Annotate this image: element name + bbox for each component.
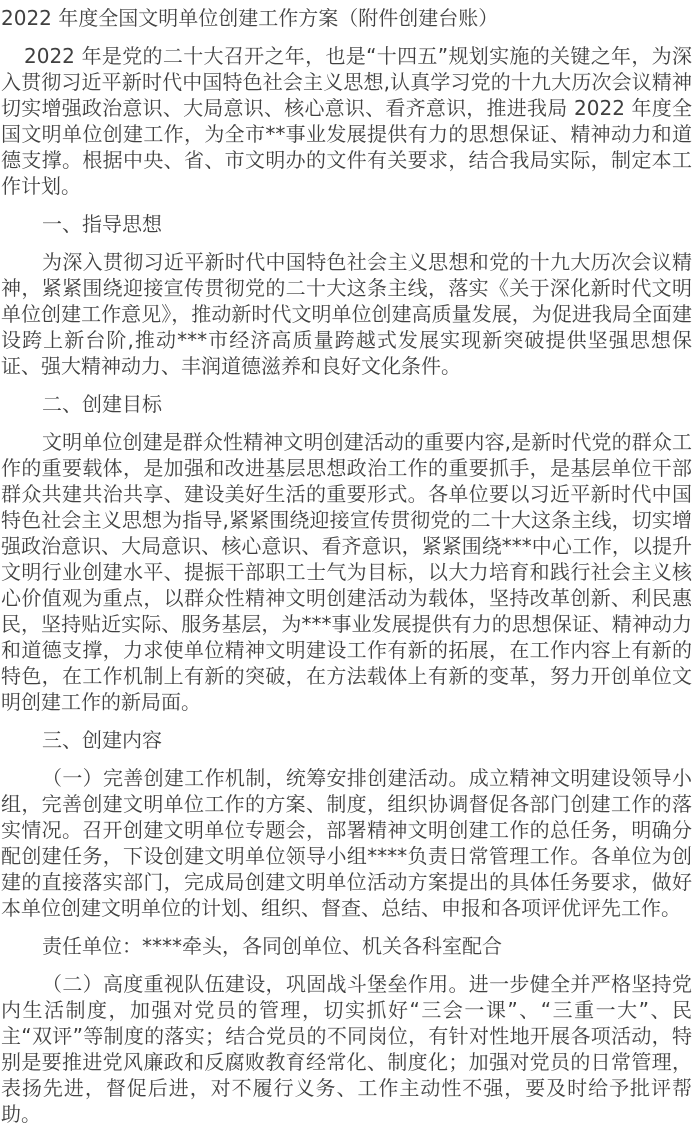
intro-paragraph: 2022 年是党的二十大召开之年，也是“十四五”规划实施的关键之年，为深入贯彻习… [1,43,692,199]
section-1-heading: 一、指导思想 [1,211,692,237]
section-3-heading: 三、创建内容 [1,727,692,753]
section-3-item-2-paragraph: （二）高度重视队伍建设，巩固战斗堡垒作用。进一步健全并严格坚持党内生活制度，加强… [1,971,692,1127]
section-3-item-1-paragraph: （一）完善创建工作机制，统筹安排创建活动。成立精神文明建设领导小组，完善创建文明… [1,765,692,921]
section-2-heading: 二、创建目标 [1,391,692,417]
section-2-paragraph: 文明单位创建是群众性精神文明创建活动的重要内容,是新时代党的群众工作的重要载体，… [1,429,692,715]
document-page: 2022 年度全国文明单位创建工作方案（附件创建台账） 2022 年是党的二十大… [0,0,693,1127]
section-1-paragraph: 为深入贯彻习近平新时代中国特色社会主义思想和党的十九大历次会议精神，紧紧围绕迎接… [1,249,692,379]
responsibility-line: 责任单位：****牵头，各同创单位、机关各科室配合 [1,933,692,959]
doc-title: 2022 年度全国文明单位创建工作方案（附件创建台账） [1,5,692,31]
